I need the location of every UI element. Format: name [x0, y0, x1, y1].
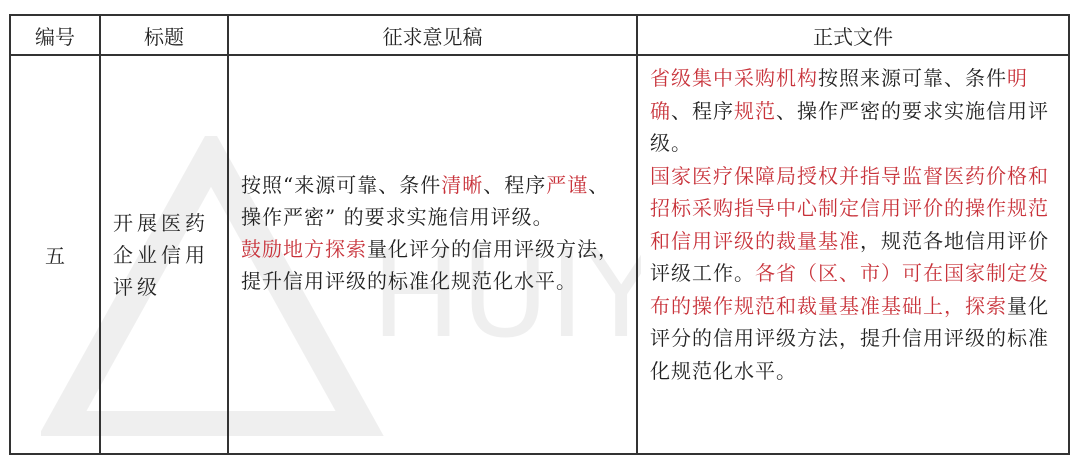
title-line: 开展医药 — [113, 207, 209, 239]
final-segment: 、程序 — [671, 99, 734, 123]
draft-segment-highlight: 严谨 — [546, 173, 588, 197]
row-title: 开展医药 企业信用 评级 — [101, 56, 227, 453]
row-draft-text: 按照“来源可靠、条件清晰、程序严谨、操作严密” 的要求实施信用评级。鼓励地方探索… — [229, 56, 636, 453]
title-line: 评级 — [113, 271, 209, 303]
row-number: 五 — [11, 56, 99, 453]
header-number: 编号 — [11, 16, 99, 54]
draft-segment-highlight: 清晰 — [441, 173, 483, 197]
final-segment-highlight: 省级集中采购机构 — [650, 66, 818, 90]
header-title: 标题 — [101, 16, 227, 54]
comparison-table: HUIYE 编号 标题 征求意见稿 正式文件 五 开展医药 企业信用 评级 按照… — [9, 14, 1070, 455]
draft-segment: 按照“来源可靠、条件 — [241, 173, 441, 197]
row-final-text: 省级集中采购机构按照来源可靠、条件明确、程序规范、操作严密的要求实施信用评级。国… — [638, 56, 1068, 453]
final-segment-highlight: 规范 — [734, 99, 776, 123]
draft-segment-highlight: 鼓励地方探索 — [241, 237, 367, 261]
title-line: 企业信用 — [113, 239, 209, 271]
header-draft: 征求意见稿 — [229, 16, 636, 54]
draft-segment: 、程序 — [483, 173, 546, 197]
header-final: 正式文件 — [638, 16, 1068, 54]
final-segment: 按照来源可靠、条件 — [818, 66, 1007, 90]
